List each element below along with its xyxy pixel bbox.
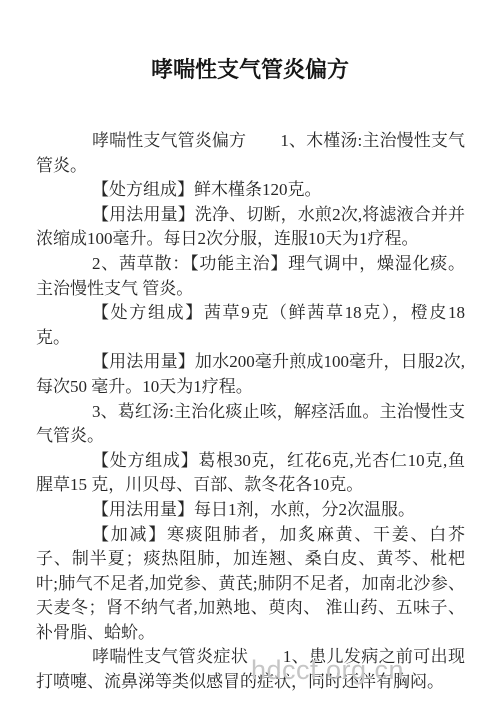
- paragraph: 【处方组成】葛根30克，红花6克,光杏仁10克,鱼腥草15 克，川贝母、百部、款…: [36, 449, 465, 498]
- site-watermark: hdccf.org.cn: [251, 655, 404, 685]
- paragraph: 2、茜草散：【功能主治】理气调中，燥湿化痰。主治慢性支气 管炎。: [36, 252, 465, 301]
- document-page: 哮喘性支气管炎偏方 哮喘性支气管炎偏方 1、木槿汤:主治慢性支气管炎。 【处方组…: [0, 0, 500, 707]
- paragraph: 【用法用量】洗净、切断，水煎2次,将滤液合并并浓缩成100毫升。每日2次分服，连…: [36, 203, 465, 252]
- paragraph: 【加减】寒痰阻肺者，加炙麻黄、干姜、白芥子、制半夏；痰热阻肺，加连翘、桑白皮、黄…: [36, 523, 465, 646]
- paragraph: 【处方组成】鲜木槿条120克。: [36, 178, 465, 203]
- paragraph: 【处方组成】茜草9克（鲜茜草18克），橙皮18克。: [36, 301, 465, 350]
- paragraph: 3、葛红汤:主治化痰止咳，解痉活血。主治慢性支气管炎。: [36, 400, 465, 449]
- paragraph: 【用法用量】加水200毫升煎成100毫升，日服2次,每次50 毫升。10天为1疗…: [36, 350, 465, 399]
- document-body: 哮喘性支气管炎偏方 1、木槿汤:主治慢性支气管炎。 【处方组成】鲜木槿条120克…: [36, 129, 465, 695]
- paragraph: 【用法用量】每日1剂，水煎，分2次温服。: [36, 498, 465, 523]
- page-title: 哮喘性支气管炎偏方: [0, 57, 500, 83]
- paragraph: 哮喘性支气管炎偏方 1、木槿汤:主治慢性支气管炎。: [36, 129, 465, 178]
